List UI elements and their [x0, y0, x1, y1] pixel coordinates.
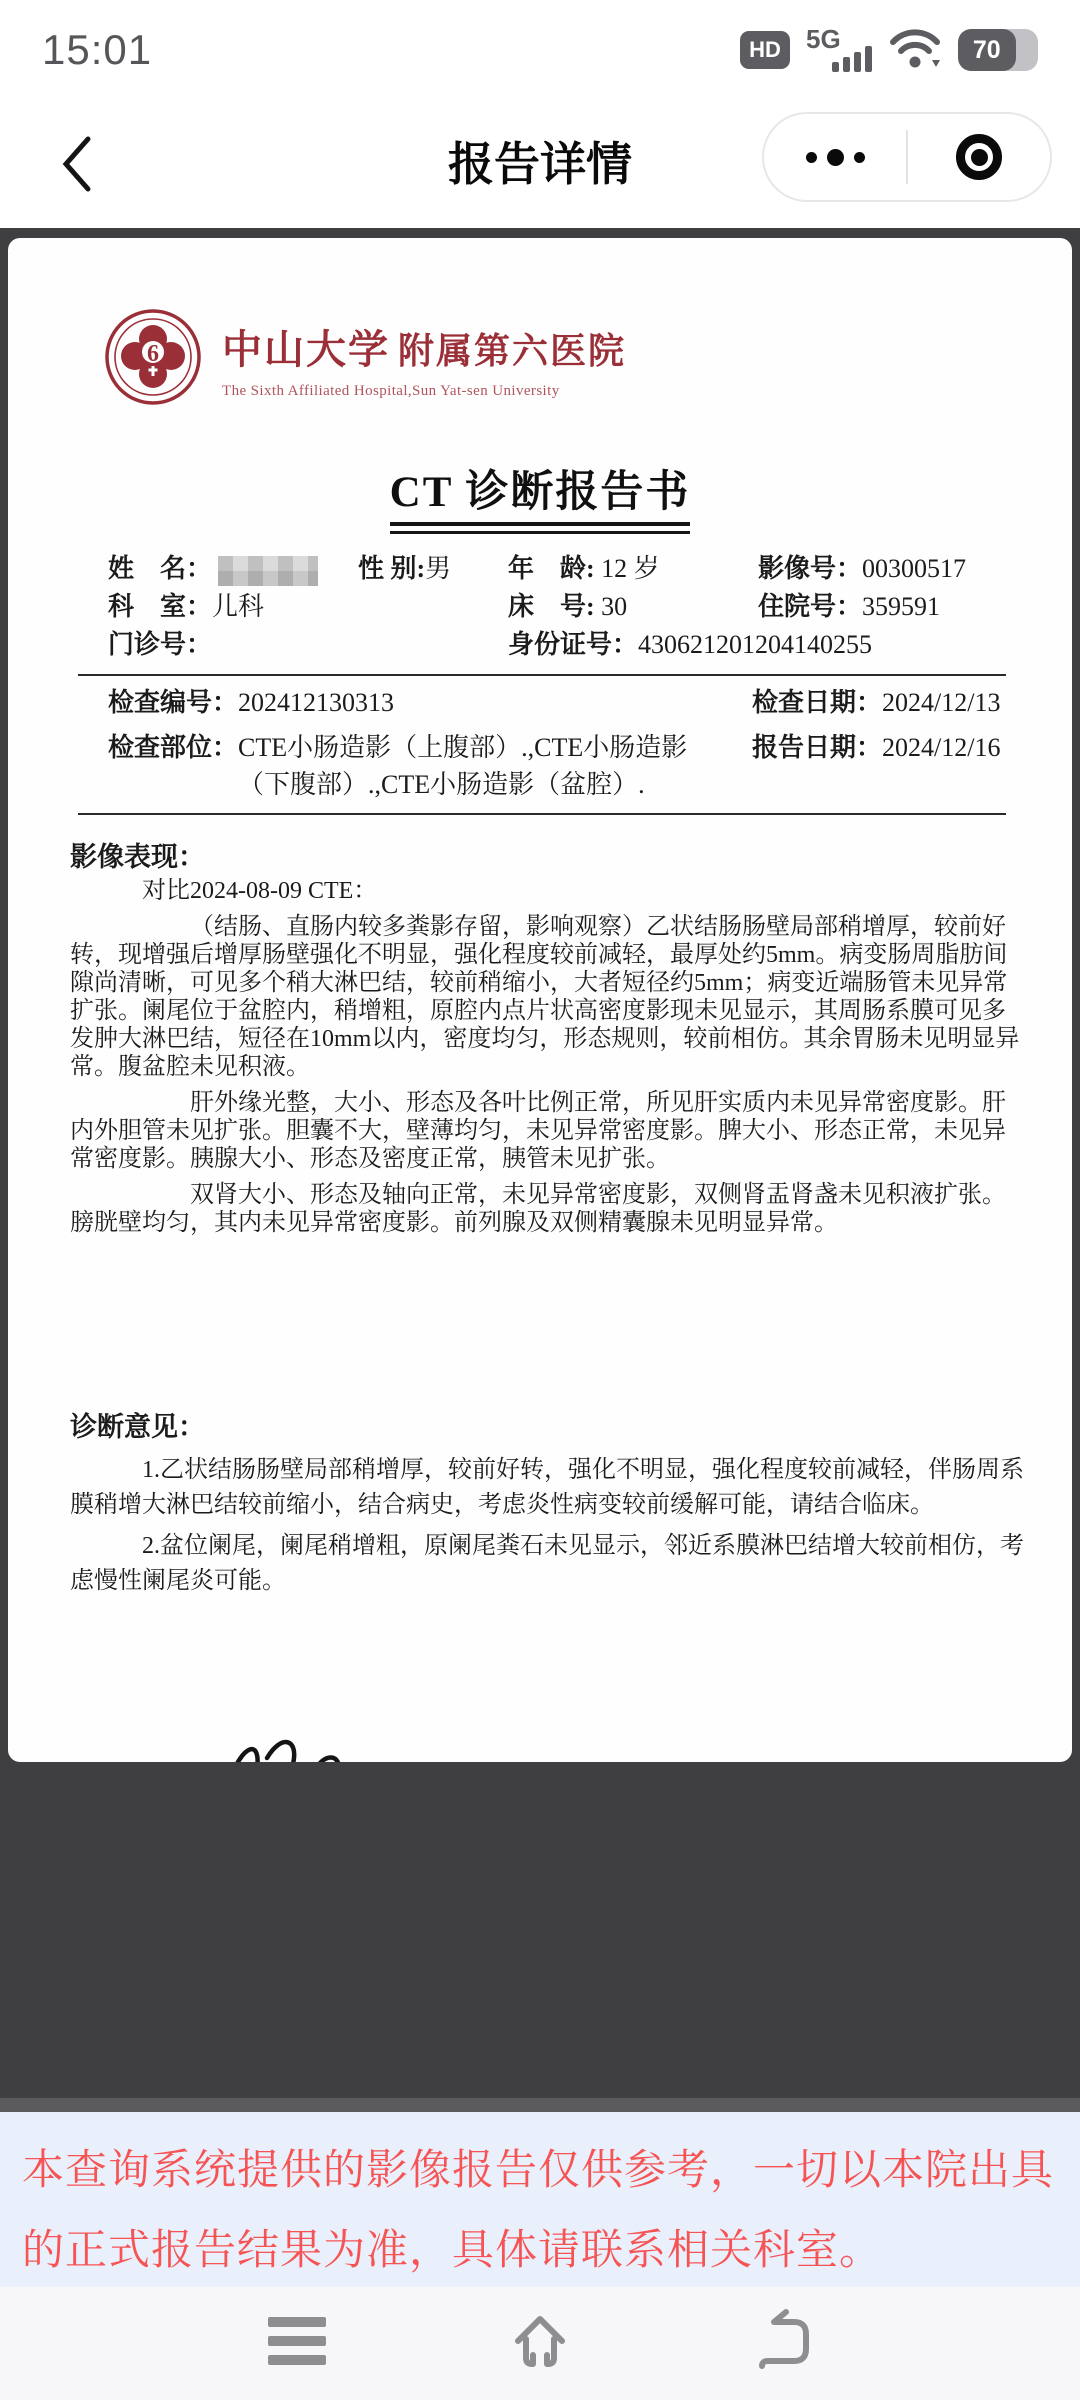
- dot-icon: [806, 152, 817, 163]
- hospital-name-en: The Sixth Affiliated Hospital,Sun Yat-se…: [222, 383, 626, 400]
- diagnosis-section: 诊断意见： 1.乙状结肠肠壁局部稍增厚，较前好转，强化不明显，强化程度较前减轻，…: [70, 1407, 1024, 1599]
- status-icons: HD 5G 70: [740, 26, 1038, 75]
- dot-icon: [827, 149, 844, 166]
- findings-heading: 影像表现：: [70, 837, 1024, 877]
- hospital-header: 6 中山大学附属第六医院 The Sixth Affiliated Hospit…: [104, 308, 1054, 410]
- divider: [78, 674, 1006, 676]
- hd-icon: HD: [740, 31, 790, 69]
- return-arrow-icon: [748, 2309, 812, 2373]
- navigation-bar: 报告详情: [0, 100, 1080, 228]
- diagnosis-heading: 诊断意见：: [70, 1407, 1024, 1447]
- clock: 15:01: [42, 26, 152, 74]
- report-title: CT 诊断报告书: [26, 458, 1054, 534]
- patient-info: 姓 名： 性 别:男 年 龄: 12 岁 影像号：00300517 科 室：儿科…: [108, 550, 1044, 664]
- menu-bars-icon: [268, 2317, 326, 2327]
- android-navigation-bar: [0, 2287, 1080, 2400]
- patient-sex-field: 性 别:男: [358, 550, 508, 588]
- hospital-name: 中山大学附属第六医院 The Sixth Affiliated Hospital…: [222, 318, 626, 400]
- divider: [78, 813, 1006, 815]
- bed-field: 床 号: 30: [508, 588, 758, 626]
- findings-paragraph: 对比2024-08-09 CTE：: [70, 877, 1024, 905]
- id-no-field: 身份证号：430621201204140255: [508, 626, 1044, 664]
- diagnosis-item: 2.盆位阑尾，阑尾稍增粗，原阑尾粪石未见显示，邻近系膜淋巴结增大较前相仿，考虑慢…: [70, 1529, 1024, 1599]
- exam-part-row: 检查部位：CTE小肠造影（上腹部）.,CTE小肠造影（下腹部）.,CTE小肠造影…: [108, 729, 1044, 803]
- home-button[interactable]: [508, 2309, 572, 2373]
- target-icon: [956, 134, 1002, 180]
- signoff-row: 审核医师： 报告医师： 吴越 / 吴越: [70, 1749, 1014, 1762]
- exam-no-row: 检查编号：202412130313 检查日期：2024/12/13: [108, 684, 1044, 721]
- findings-paragraph: （结肠、直肠内较多粪影存留，影响观察）乙状结肠肠壁局部稍增厚，较前好转，现增强后…: [70, 913, 1024, 1081]
- back-nav-button[interactable]: [748, 2309, 812, 2373]
- reviewer-signature: [215, 1724, 405, 1762]
- cellular-signal-icon: 5G: [806, 28, 872, 72]
- admission-no-field: 住院号：359591: [758, 588, 1044, 626]
- wifi-icon: [888, 26, 942, 75]
- patient-name-redacted: [218, 556, 318, 586]
- outpatient-no-field: 门诊号：: [108, 626, 358, 664]
- patient-name-field: 姓 名：: [108, 550, 358, 588]
- close-miniprogram-button[interactable]: [908, 114, 1050, 200]
- dept-field: 科 室：儿科: [108, 588, 358, 626]
- document-scroll-area[interactable]: 6 中山大学附属第六医院 The Sixth Affiliated Hospit…: [0, 228, 1080, 2098]
- findings-paragraph: 肝外缘光整，大小、形态及各叶比例正常，所见肝实质内未见异常密度影。肝内外胆管未见…: [70, 1089, 1024, 1173]
- diagnosis-item: 1.乙状结肠肠壁局部稍增厚，较前好转，强化不明显，强化程度较前减轻，伴肠周系膜稍…: [70, 1453, 1024, 1523]
- miniprogram-capsule: [762, 112, 1052, 202]
- scroll-gap-strip: [0, 2098, 1080, 2112]
- more-options-button[interactable]: [764, 114, 906, 200]
- status-bar: 15:01 HD 5G 70: [0, 0, 1080, 100]
- ct-report-document: 6 中山大学附属第六医院 The Sixth Affiliated Hospit…: [8, 238, 1072, 1762]
- svg-text:6: 6: [147, 341, 159, 367]
- findings-section: 影像表现： 对比2024-08-09 CTE： （结肠、直肠内较多粪影存留，影响…: [70, 837, 1024, 1237]
- patient-age-field: 年 龄: 12 岁: [508, 550, 758, 588]
- home-icon: [508, 2309, 572, 2373]
- disclaimer-banner: 本查询系统提供的影像报告仅供参考，一切以本院出具的正式报告结果为准，具体请联系相…: [0, 2112, 1080, 2287]
- report-detail-screen: 15:01 HD 5G 70: [0, 0, 1080, 2400]
- image-no-field: 影像号：00300517: [758, 550, 1044, 588]
- battery-icon: 70: [958, 29, 1038, 71]
- findings-paragraph: 双肾大小、形态及轴向正常，未见异常密度影，双侧肾盂肾盏未见积液扩张。膀胱壁均匀，…: [70, 1181, 1024, 1237]
- recents-button[interactable]: [268, 2309, 332, 2373]
- hospital-emblem-icon: 6: [104, 308, 202, 411]
- dot-icon: [854, 152, 865, 163]
